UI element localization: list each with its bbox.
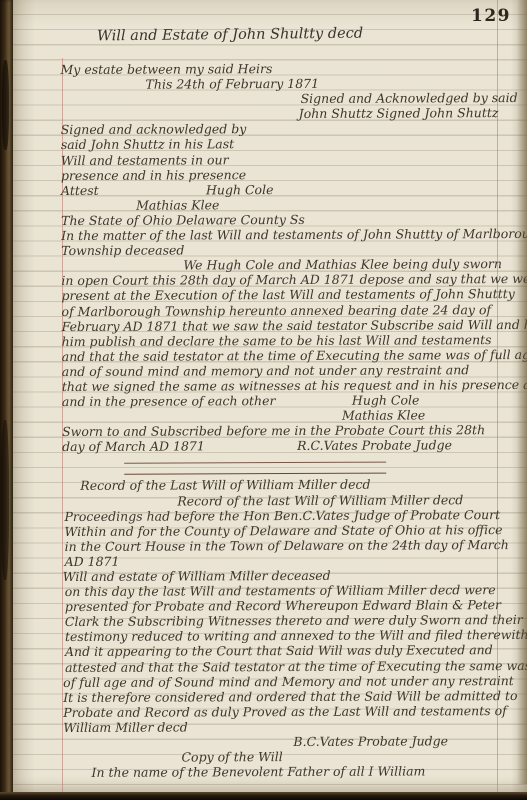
line-text: The State of Ohio Delaware County Ss [61, 212, 305, 228]
manuscript-content: My estate between my said HeirsThis 24th… [60, 60, 526, 780]
printed-header-rule [13, 51, 527, 59]
line-text: My estate between my said Heirs [60, 61, 272, 77]
record-caption-shultty: Will and Estate of John Shultty decd [97, 26, 363, 45]
line-text: This 24th of February 1871 [146, 76, 320, 92]
line-text-right: Hugh Cole [352, 393, 420, 408]
line-text: and in the presence of each other [62, 393, 276, 409]
manuscript-line: In the name of the Benevolent Father of … [64, 763, 527, 780]
line-text: Mathias Klee [342, 408, 425, 423]
line-text: John Shuttz Signed John Shuttz [299, 105, 499, 121]
line-text: Copy of the Will [181, 749, 282, 764]
page-number: 129 [471, 6, 511, 26]
line-text: Within and for the County of Delaware an… [64, 522, 502, 539]
line-text: Record of the Last Will of William Mille… [80, 477, 370, 493]
line-text: on this day the last Will and testaments… [65, 582, 496, 599]
line-text: William Miller decd [63, 719, 188, 735]
line-text: Mathias Klee [136, 197, 219, 212]
book-bottom-edge [0, 792, 527, 800]
book-binding-edge [0, 0, 13, 800]
line-text: And it appearing to the Court that Said … [65, 643, 493, 660]
line-text: Record of the last Will of William Mille… [177, 492, 463, 508]
line-text: Township deceased [61, 243, 184, 259]
line-text: presence and in his presence [61, 167, 246, 183]
manuscript-line: day of March AD 1871R.C.Vates Probate Ju… [62, 437, 525, 454]
record-divider-rule [124, 462, 386, 475]
line-text-right: Hugh Cole [206, 182, 274, 197]
line-text: Signed and acknowledged by [61, 122, 247, 138]
line-text: Sworn to and Subscribed before me in the… [62, 422, 485, 439]
line-text: Will and testaments in our [61, 152, 229, 168]
line-text: Will and estate of William Miller deceas… [63, 568, 331, 584]
line-text: Signed and Acknowledged by said [301, 90, 518, 106]
line-text: him publish and declare the same to be h… [62, 332, 492, 349]
line-text: In the name of the Benevolent Father of … [92, 764, 426, 780]
ledger-book: 129 Will and Estate of John Shultty decd… [0, 0, 527, 800]
line-text: We Hugh Cole and Mathias Klee being duly… [183, 256, 502, 272]
line-text: of Marlborough Township hereunto annexed… [61, 302, 491, 319]
line-text: B.C.Vates Probate Judge [293, 733, 448, 749]
line-text: Attest [61, 183, 99, 198]
line-text: said John Shuttz in his Last [61, 137, 234, 153]
ledger-page: 129 Will and Estate of John Shultty decd… [13, 0, 527, 792]
line-text: and of sound mind and memory and not und… [62, 362, 470, 379]
line-text: Proceedings had before the Hon Ben.C.Vat… [64, 507, 500, 524]
line-text-right: R.C.Vates Probate Judge [297, 438, 452, 454]
line-text: day of March AD 1871 [62, 439, 205, 455]
line-text: AD 1871 [65, 554, 120, 569]
line-text: presented for Probate and Record Whereup… [65, 597, 501, 614]
